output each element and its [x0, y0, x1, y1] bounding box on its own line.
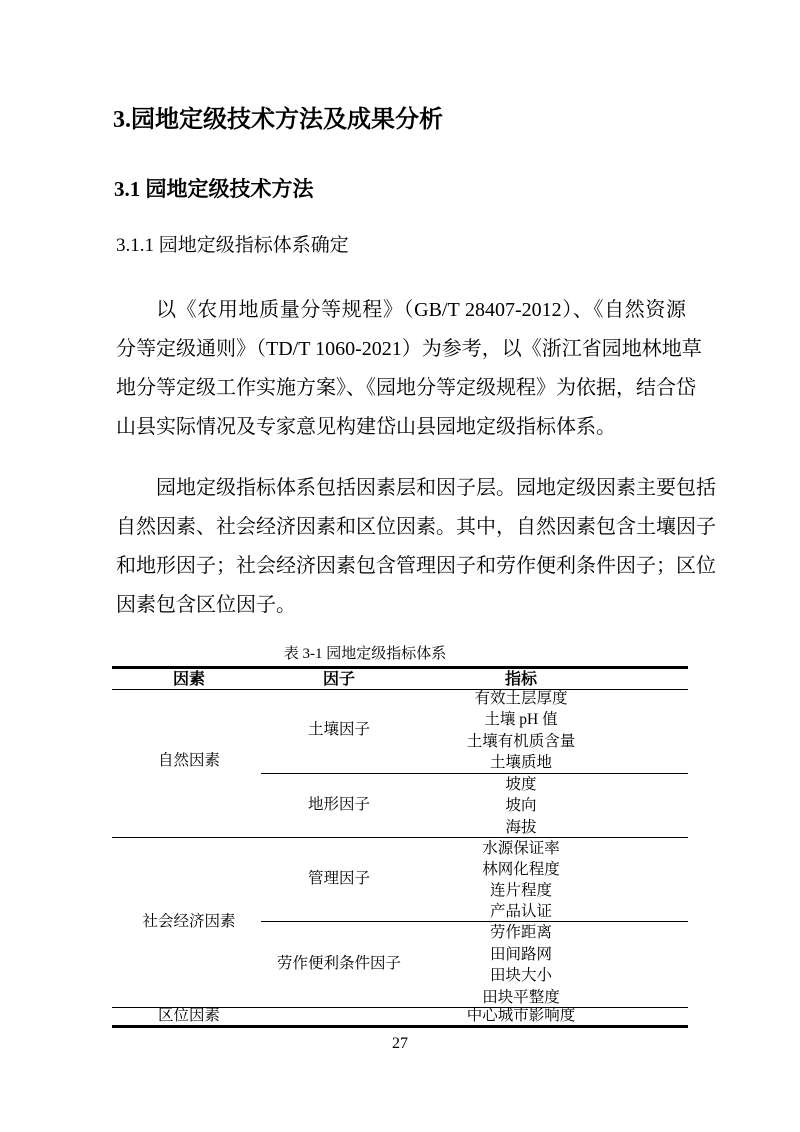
- indicator: 林网化程度: [411, 859, 631, 880]
- factor-natural: 自然因素: [89, 752, 289, 770]
- paragraph-line: 分等定级通则》（TD/T 1060-2021）为参考，以《浙江省园地林地草: [116, 330, 686, 369]
- paragraph-line: 因素包含区位因子。: [116, 586, 686, 625]
- subfactor-terrain: 地形因子: [239, 796, 439, 814]
- paragraph-line: 山县实际情况及专家意见构建岱山县园地定级指标体系。: [116, 408, 686, 447]
- indicator: 有效土层厚度: [411, 688, 631, 709]
- page-number: 27: [0, 1036, 800, 1052]
- indicators-location: 中心城市影响度: [411, 1008, 631, 1024]
- paragraph-line: 和地形因子；社会经济因素包含管理因子和劳作便利条件因子；区位: [116, 547, 686, 586]
- indicator: 连片程度: [411, 880, 631, 901]
- indicator: 水源保证率: [411, 838, 631, 859]
- indicators-terrain: 坡度 坡向 海拔: [411, 774, 631, 838]
- indicator: 中心城市影响度: [411, 1008, 631, 1024]
- heading-chapter: 3.园地定级技术方法及成果分析: [113, 107, 443, 133]
- subfactor-soil: 土壤因子: [239, 721, 439, 739]
- indicator: 坡向: [411, 795, 631, 816]
- indicator: 土壤质地: [411, 752, 631, 773]
- indicator: 田块大小: [411, 965, 631, 987]
- indicator: 产品认证: [411, 901, 631, 922]
- paragraph-line: 地分等定级工作实施方案》、《园地分等定级规程》为依据，结合岱: [116, 369, 686, 408]
- document-page: 3.园地定级技术方法及成果分析 3.1 园地定级技术方法 3.1.1 园地定级指…: [0, 0, 800, 1132]
- indicators-labor: 劳作距离 田间路网 田块大小 田块平整度: [411, 922, 631, 1008]
- column-header-indicator: 指标: [411, 671, 631, 689]
- indicator: 田间路网: [411, 944, 631, 966]
- table-border-top: [112, 666, 688, 669]
- indicators-management: 水源保证率 林网化程度 连片程度 产品认证: [411, 838, 631, 922]
- factor-socioeconomic: 社会经济因素: [89, 913, 289, 931]
- factor-location: 区位因素: [89, 1008, 289, 1024]
- column-header-subfactor: 因子: [239, 671, 439, 689]
- heading-section: 3.1 园地定级技术方法: [114, 178, 314, 201]
- paragraph-2: 园地定级指标体系包括因素层和因子层。园地定级因素主要包括 自然因素、社会经济因素…: [116, 469, 686, 625]
- heading-subsection: 3.1.1 园地定级指标体系确定: [116, 236, 349, 257]
- paragraph-1: 以《农用地质量分等规程》（GB/T 28407-2012）、《自然资源 分等定级…: [116, 291, 686, 447]
- indicator: 土壤 pH 值: [411, 709, 631, 730]
- table-caption: 表 3-1 园地定级指标体系: [112, 645, 618, 663]
- indicator: 海拔: [411, 817, 631, 838]
- paragraph-line: 以《农用地质量分等规程》（GB/T 28407-2012）、《自然资源: [116, 291, 686, 330]
- subfactor-labor-convenience: 劳作便利条件因子: [239, 955, 439, 973]
- indicator: 土壤有机质含量: [411, 731, 631, 752]
- indicator: 劳作距离: [411, 922, 631, 944]
- paragraph-line: 园地定级指标体系包括因素层和因子层。园地定级因素主要包括: [116, 469, 686, 508]
- paragraph-line: 自然因素、社会经济因素和区位因素。其中，自然因素包含土壤因子: [116, 508, 686, 547]
- indicator: 田块平整度: [411, 987, 631, 1009]
- indicator: 坡度: [411, 774, 631, 795]
- indicators-soil: 有效土层厚度 土壤 pH 值 土壤有机质含量 土壤质地: [411, 688, 631, 773]
- table-border-bottom: [112, 1025, 688, 1028]
- subfactor-management: 管理因子: [239, 870, 439, 888]
